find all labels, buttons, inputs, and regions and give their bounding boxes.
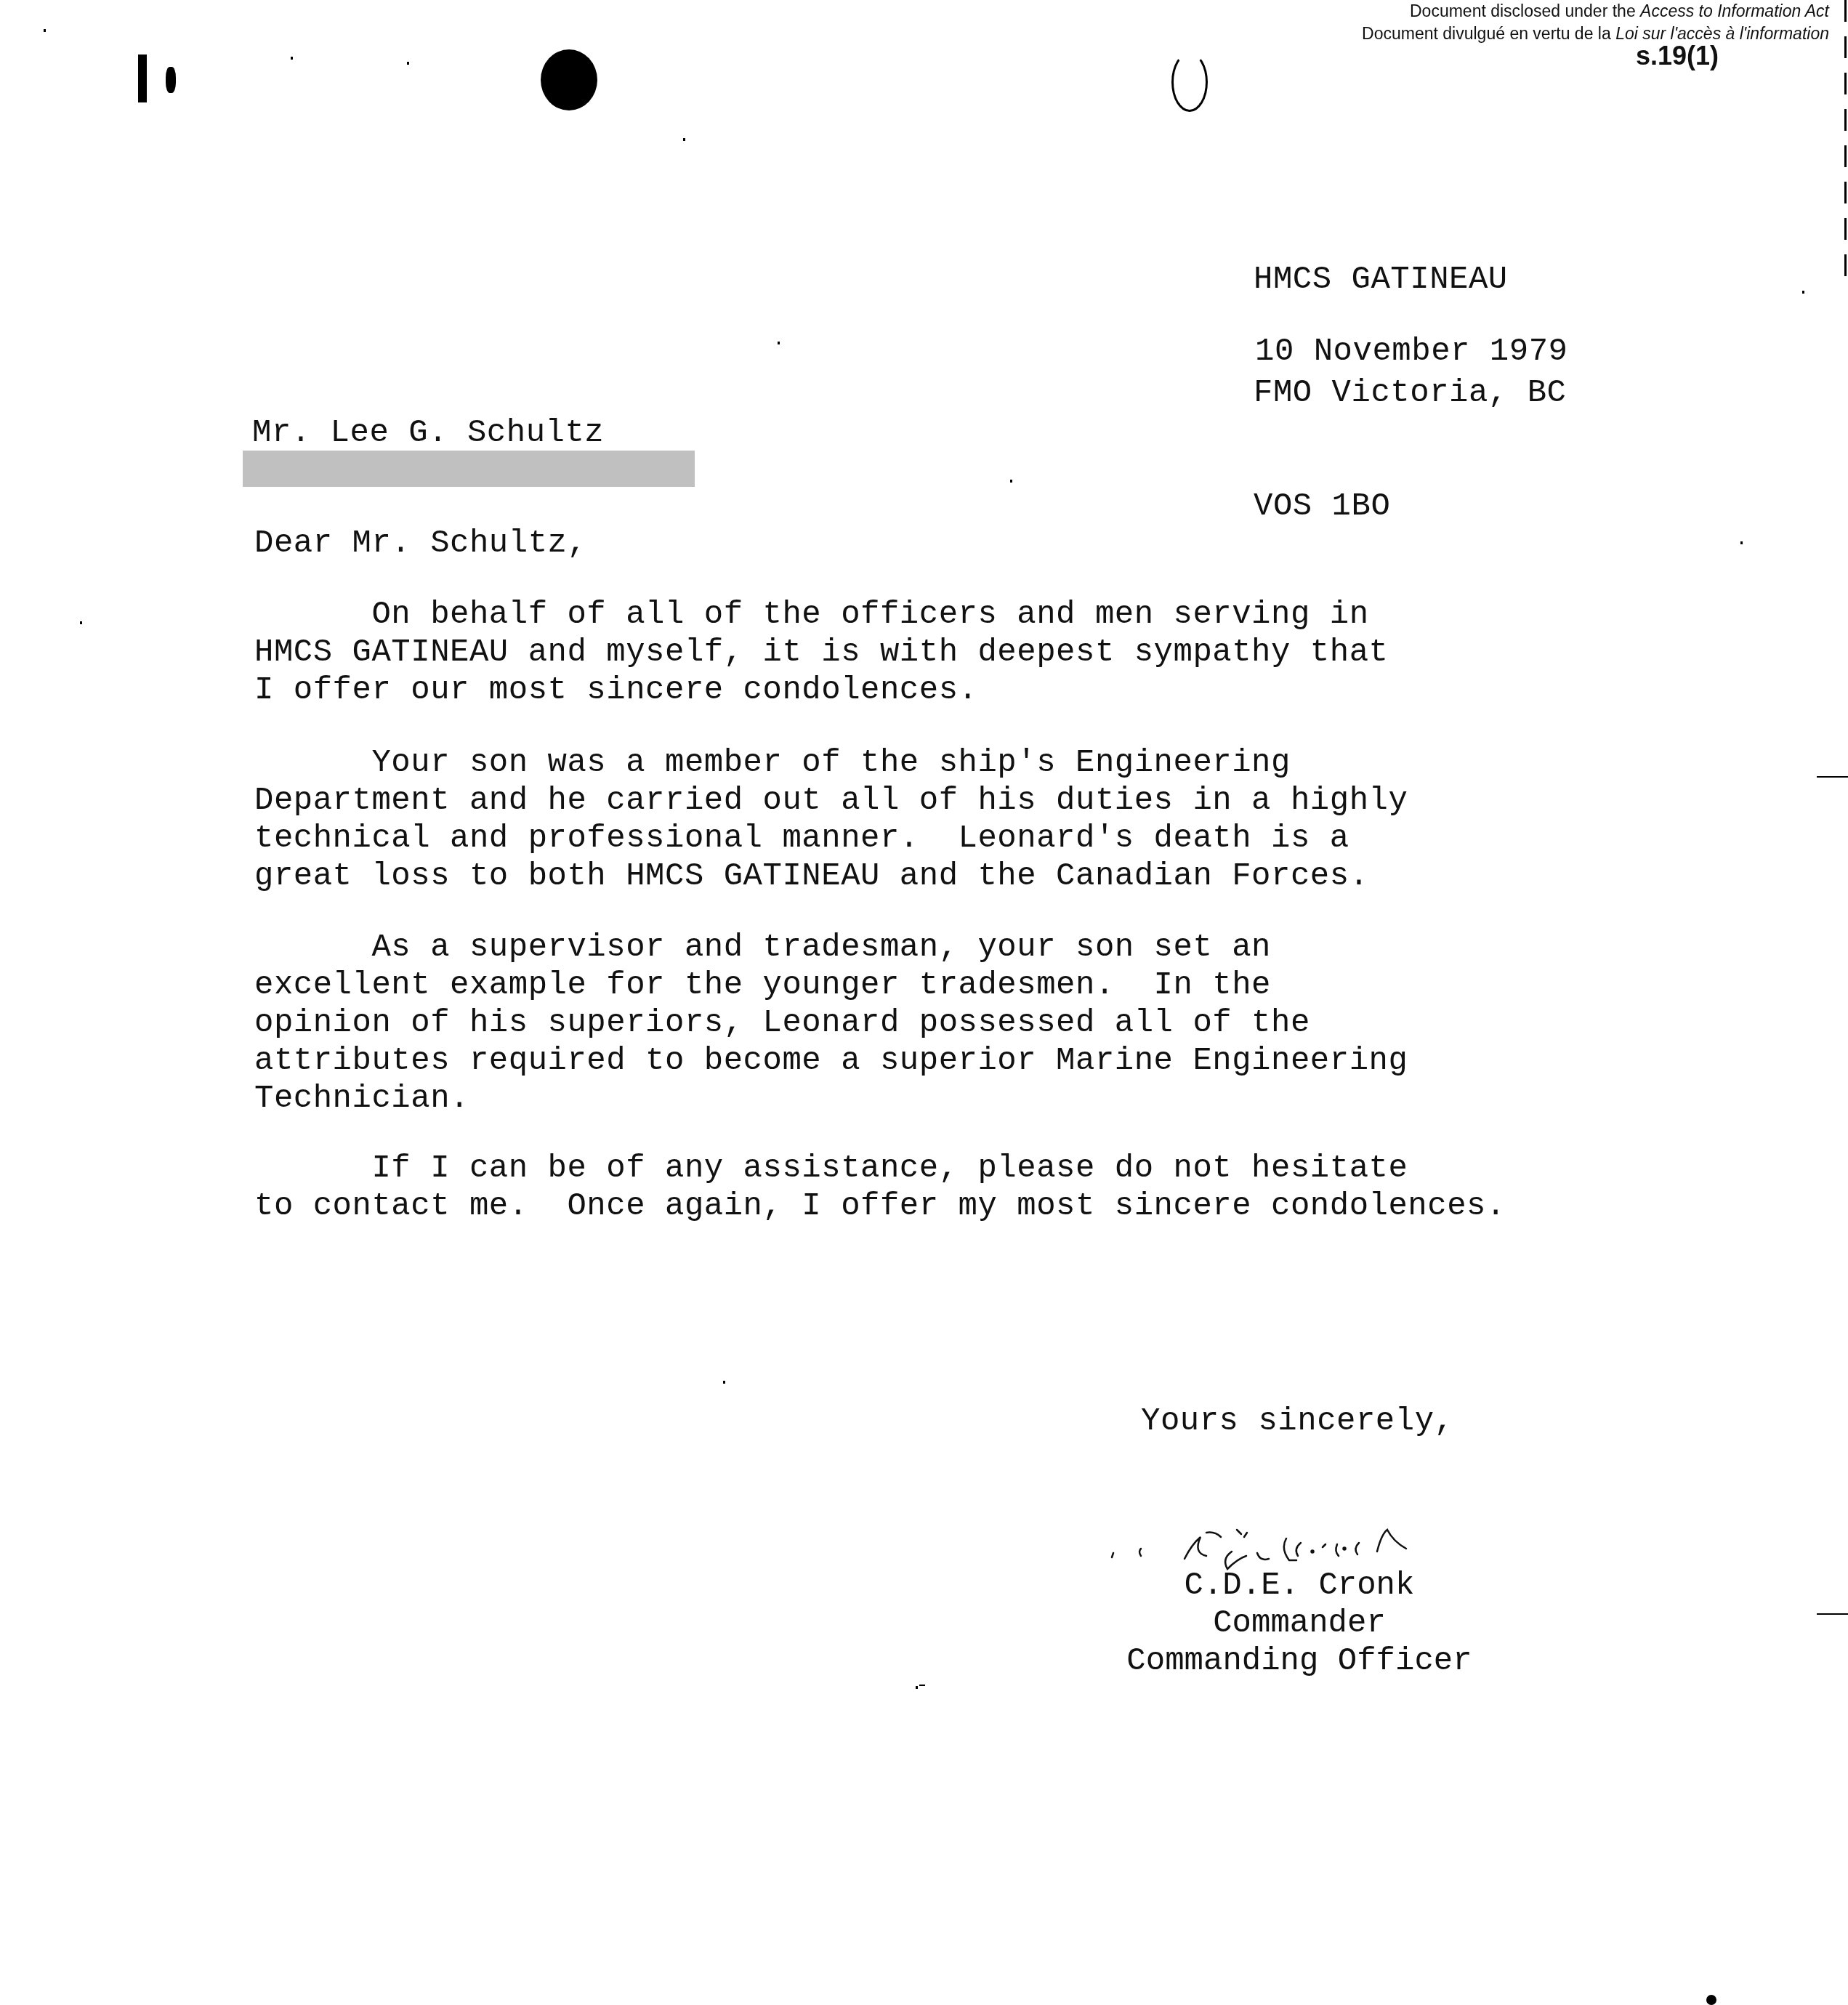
salutation: Dear Mr. Schultz, [254, 525, 586, 562]
paragraph-line: Department and he carried out all of his… [254, 782, 1408, 820]
scan-artifact-mark [138, 55, 147, 102]
scan-speck [44, 29, 46, 32]
scan-speck [1802, 291, 1804, 294]
paragraph-line: Technician. [254, 1080, 1408, 1118]
scan-edge-mark [1817, 1613, 1848, 1615]
sender-address: HMCS GATINEAU FMO Victoria, BC VOS 1BO [1254, 185, 1566, 601]
hole-punch-blot-icon [541, 49, 597, 110]
handwritten-signature-icon [1083, 1522, 1490, 1573]
stamp-text: Document disclosed under the [1410, 1, 1640, 20]
address-line: VOS 1BO [1254, 488, 1566, 525]
body-paragraph-3: As a supervisor and tradesman, your son … [254, 929, 1408, 1118]
signer-rank: Commander [1096, 1605, 1503, 1642]
scan-speck [1740, 541, 1743, 544]
paragraph-line: opinion of his superiors, Leonard posses… [254, 1004, 1408, 1042]
scan-speck [723, 1381, 725, 1384]
scan-speck [80, 621, 82, 624]
signer-name: C.D.E. Cronk [1096, 1567, 1503, 1605]
act-name: Access to Information Act [1640, 1, 1829, 20]
scan-artifact-mark [166, 67, 176, 93]
scan-edge [1844, 0, 1847, 291]
stamp-line-french: Document divulgué en vertu de la Loi sur… [1362, 23, 1829, 45]
paragraph-line: As a supervisor and tradesman, your son … [254, 929, 1408, 967]
body-paragraph-1: On behalf of all of the officers and men… [254, 596, 1388, 709]
address-line: HMCS GATINEAU [1254, 261, 1566, 299]
scan-speck [407, 62, 409, 65]
hole-punch-ring-icon [1171, 52, 1208, 112]
closing: Yours sincerely, [1141, 1403, 1453, 1440]
paragraph-line: Your son was a member of the ship's Engi… [254, 744, 1408, 782]
paragraph-line: technical and professional manner. Leona… [254, 820, 1408, 858]
paragraph-line: to contact me. Once again, I offer my mo… [254, 1187, 1506, 1225]
scan-speck [916, 1686, 918, 1689]
address-line: FMO Victoria, BC [1254, 374, 1566, 412]
paragraph-line: attributes required to become a superior… [254, 1042, 1408, 1080]
scan-edge-mark [1817, 776, 1848, 778]
paragraph-line: I offer our most sincere condolences. [254, 671, 1388, 709]
redacted-recipient-address [243, 451, 695, 487]
access-to-information-stamp: Document disclosed under the Access to I… [1362, 0, 1829, 45]
paragraph-line: great loss to both HMCS GATINEAU and the… [254, 858, 1408, 895]
scan-speck [291, 57, 293, 60]
signature-block: C.D.E. Cronk Commander Commanding Office… [1096, 1567, 1503, 1680]
paragraph-line: On behalf of all of the officers and men… [254, 596, 1388, 634]
exemption-section: s.19(1) [1636, 41, 1719, 71]
signer-title: Commanding Officer [1096, 1642, 1503, 1680]
paragraph-line: If I can be of any assistance, please do… [254, 1150, 1506, 1187]
paragraph-line: excellent example for the younger trades… [254, 967, 1408, 1004]
letter-date: 10 November 1979 [1255, 333, 1567, 371]
body-paragraph-4: If I can be of any assistance, please do… [254, 1150, 1506, 1225]
scan-speck [1010, 480, 1012, 483]
paragraph-line: HMCS GATINEAU and myself, it is with dee… [254, 634, 1388, 671]
stamp-text: Document divulgué en vertu de la [1362, 24, 1615, 43]
recipient-name: Mr. Lee G. Schultz [252, 414, 604, 452]
stamp-line-english: Document disclosed under the Access to I… [1362, 0, 1829, 23]
scanned-letter-page: Document disclosed under the Access to I… [0, 0, 1848, 2005]
body-paragraph-2: Your son was a member of the ship's Engi… [254, 744, 1408, 895]
scan-speck [683, 138, 685, 141]
scan-speck [778, 342, 780, 344]
scan-speck [919, 1685, 925, 1686]
scan-speck [1706, 1995, 1716, 2005]
